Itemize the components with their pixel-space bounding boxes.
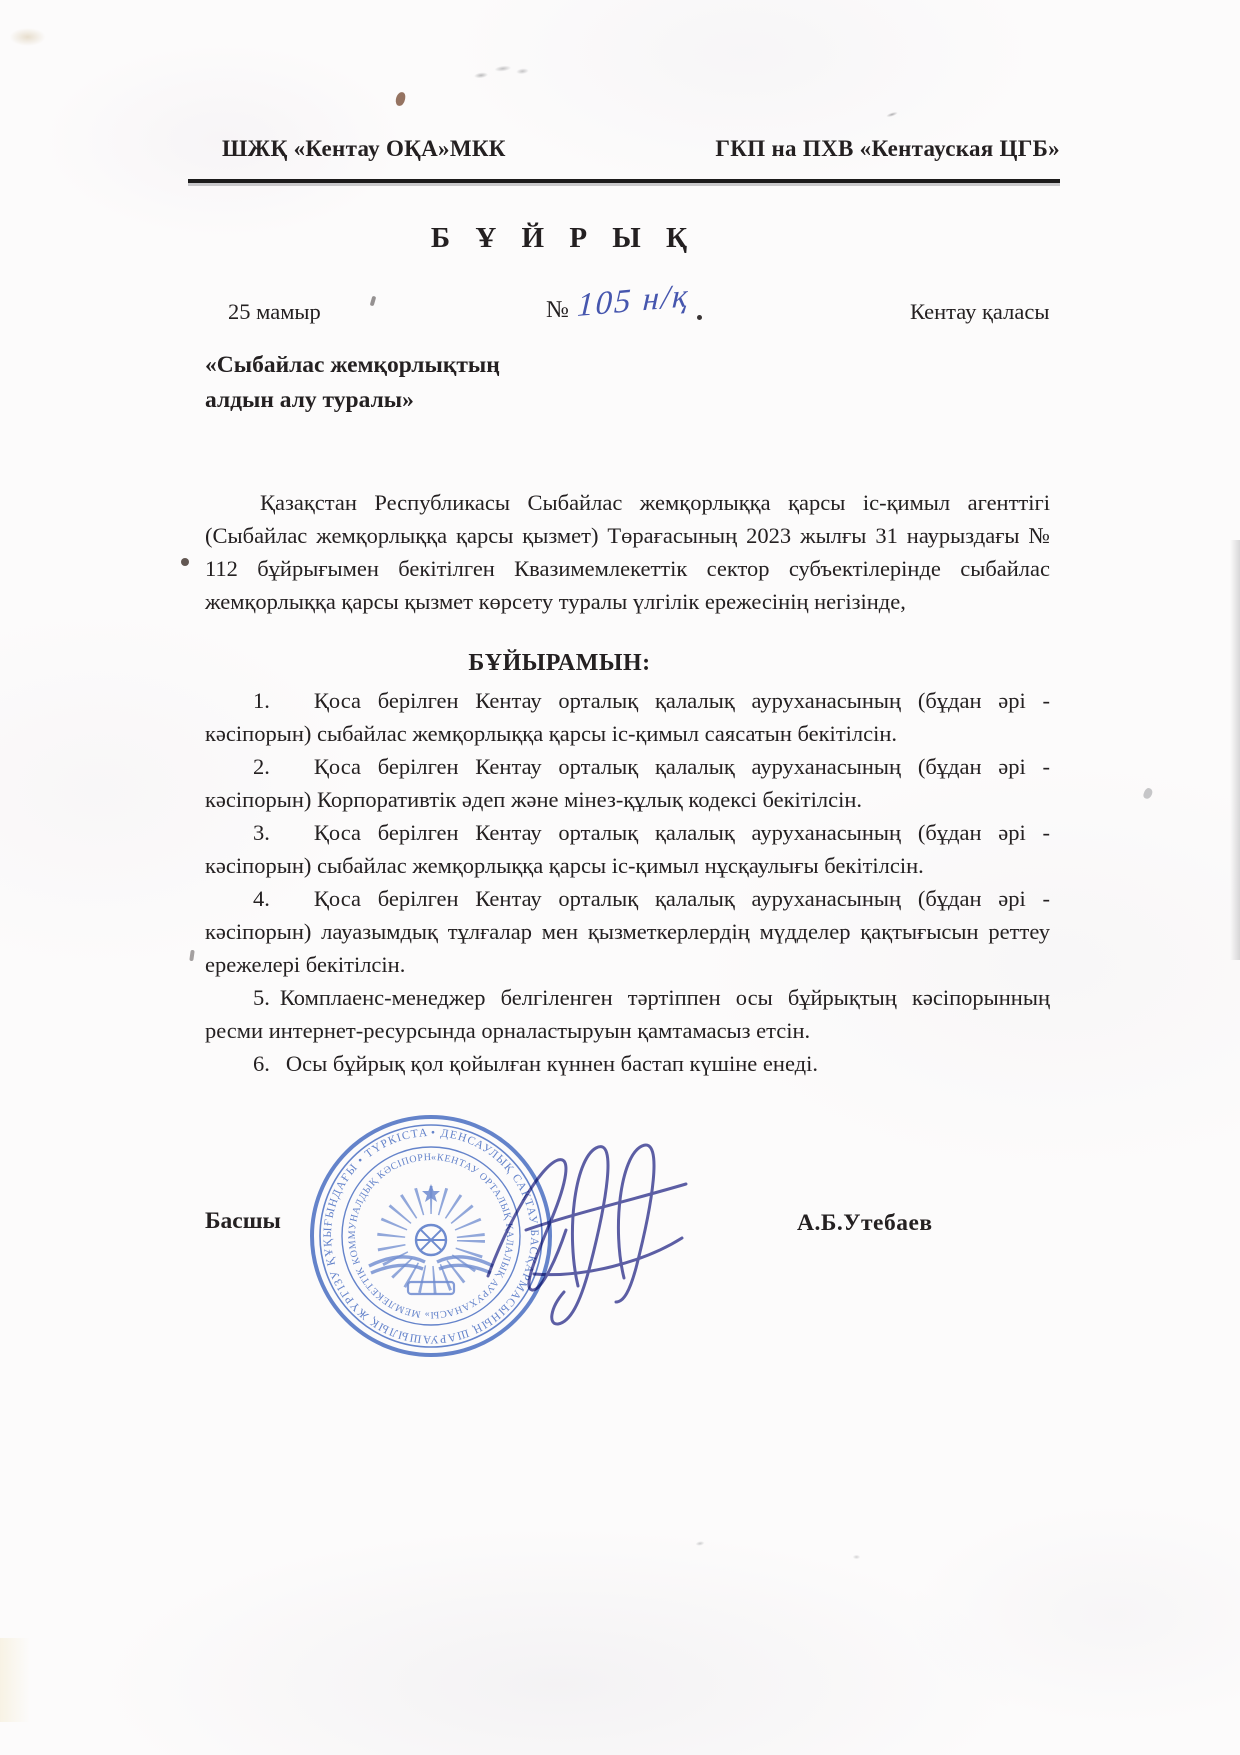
item-number: 3. — [253, 820, 270, 845]
order-items: 1.Қоса берілген Кентау орталық қалалық а… — [205, 684, 1050, 1080]
scan-artifact — [693, 1539, 706, 1548]
order-item: 2.Қоса берілген Кентау орталық қалалық а… — [205, 750, 1050, 816]
header-org-left: ШЖҚ «Кентау ОҚА»МКК — [222, 136, 506, 162]
item-number: 2. — [253, 754, 270, 779]
item-text: Қоса берілген Кентау орталық қалалық аур… — [205, 886, 1050, 977]
order-item: 4.Қоса берілген Кентау орталық қалалық а… — [205, 882, 1050, 981]
scan-artifact — [181, 558, 189, 566]
signature-role: Басшы — [205, 1208, 281, 1235]
item-text: Комплаенс-менеджер белгіленген тәртіппен… — [205, 985, 1050, 1043]
preamble-paragraph: Қазақстан Республикасы Сыбайлас жемқорлы… — [205, 486, 1050, 618]
scan-artifact — [10, 26, 54, 48]
order-subject: «Сыбайлас жемқорлықтың алдын алу туралы» — [205, 348, 1050, 418]
header-org-right: ГКП на ПХВ «Кентауская ЦГБ» — [715, 136, 1060, 162]
order-number-handwritten: 105 н/қ — [576, 278, 690, 325]
document-header: ШЖҚ «Кентау ОҚА»МКК ГКП на ПХВ «Кентауск… — [188, 136, 1060, 162]
order-city: Кентау қаласы — [910, 299, 1049, 325]
item-number: 6. — [253, 1051, 270, 1076]
resolve-word: БҰЙЫРАМЫН: — [137, 650, 982, 677]
item-text: Қоса берілген Кентау орталық қалалық аур… — [205, 820, 1050, 878]
item-text: Осы бұйрық қол қойылған күннен бастап кү… — [286, 1051, 818, 1076]
item-number: 5. — [253, 985, 270, 1010]
scan-artifact — [395, 91, 406, 106]
scan-artifact — [884, 110, 901, 120]
item-text: Қоса берілген Кентау орталық қалалық аур… — [205, 754, 1050, 812]
order-item: 3.Қоса берілген Кентау орталық қалалық а… — [205, 816, 1050, 882]
order-item: 5.Комплаенс-менеджер белгіленген тәртіпп… — [205, 981, 1050, 1047]
stamp-emblem — [369, 1184, 493, 1294]
scan-artifact — [189, 950, 194, 961]
item-number: 4. — [253, 886, 270, 911]
order-preamble: Қазақстан Республикасы Сыбайлас жемқорлы… — [205, 486, 1050, 618]
signature-name: А.Б.Утебаев — [797, 1210, 933, 1237]
subject-line-2: алдын алу туралы» — [205, 383, 1050, 418]
item-number: 1. — [253, 688, 270, 713]
number-sign: № — [546, 297, 569, 324]
meta-row: 25 мамыр № 105 н/қ Кентау қаласы — [205, 293, 1050, 339]
scan-artifact — [1142, 787, 1153, 800]
order-item: 1.Қоса берілген Кентау орталық қалалық а… — [205, 684, 1050, 750]
header-rule — [188, 179, 1060, 183]
subject-line-1: «Сыбайлас жемқорлықтың — [205, 348, 1050, 383]
scan-artifact — [467, 58, 533, 86]
item-text: Қоса берілген Кентау орталық қалалық аур… — [205, 688, 1050, 746]
period-mark — [697, 315, 702, 320]
order-item: 6.Осы бұйрық қол қойылған күннен бастап … — [205, 1047, 1050, 1080]
document-title: Б Ұ Й Р Ы Қ — [141, 222, 986, 255]
scan-artifact — [852, 1554, 861, 1560]
scanned-order-document: ШЖҚ «Кентау ОҚА»МКК ГКП на ПХВ «Кентауск… — [0, 0, 1240, 1755]
order-date: 25 мамыр — [228, 299, 321, 325]
official-stamp: • ДЕНСАУЛЫҚ САҚТАУ БАСҚАРМАСЫНЫҢ ШАРУАШЫ… — [303, 1108, 559, 1364]
scan-artifact — [0, 1638, 30, 1722]
